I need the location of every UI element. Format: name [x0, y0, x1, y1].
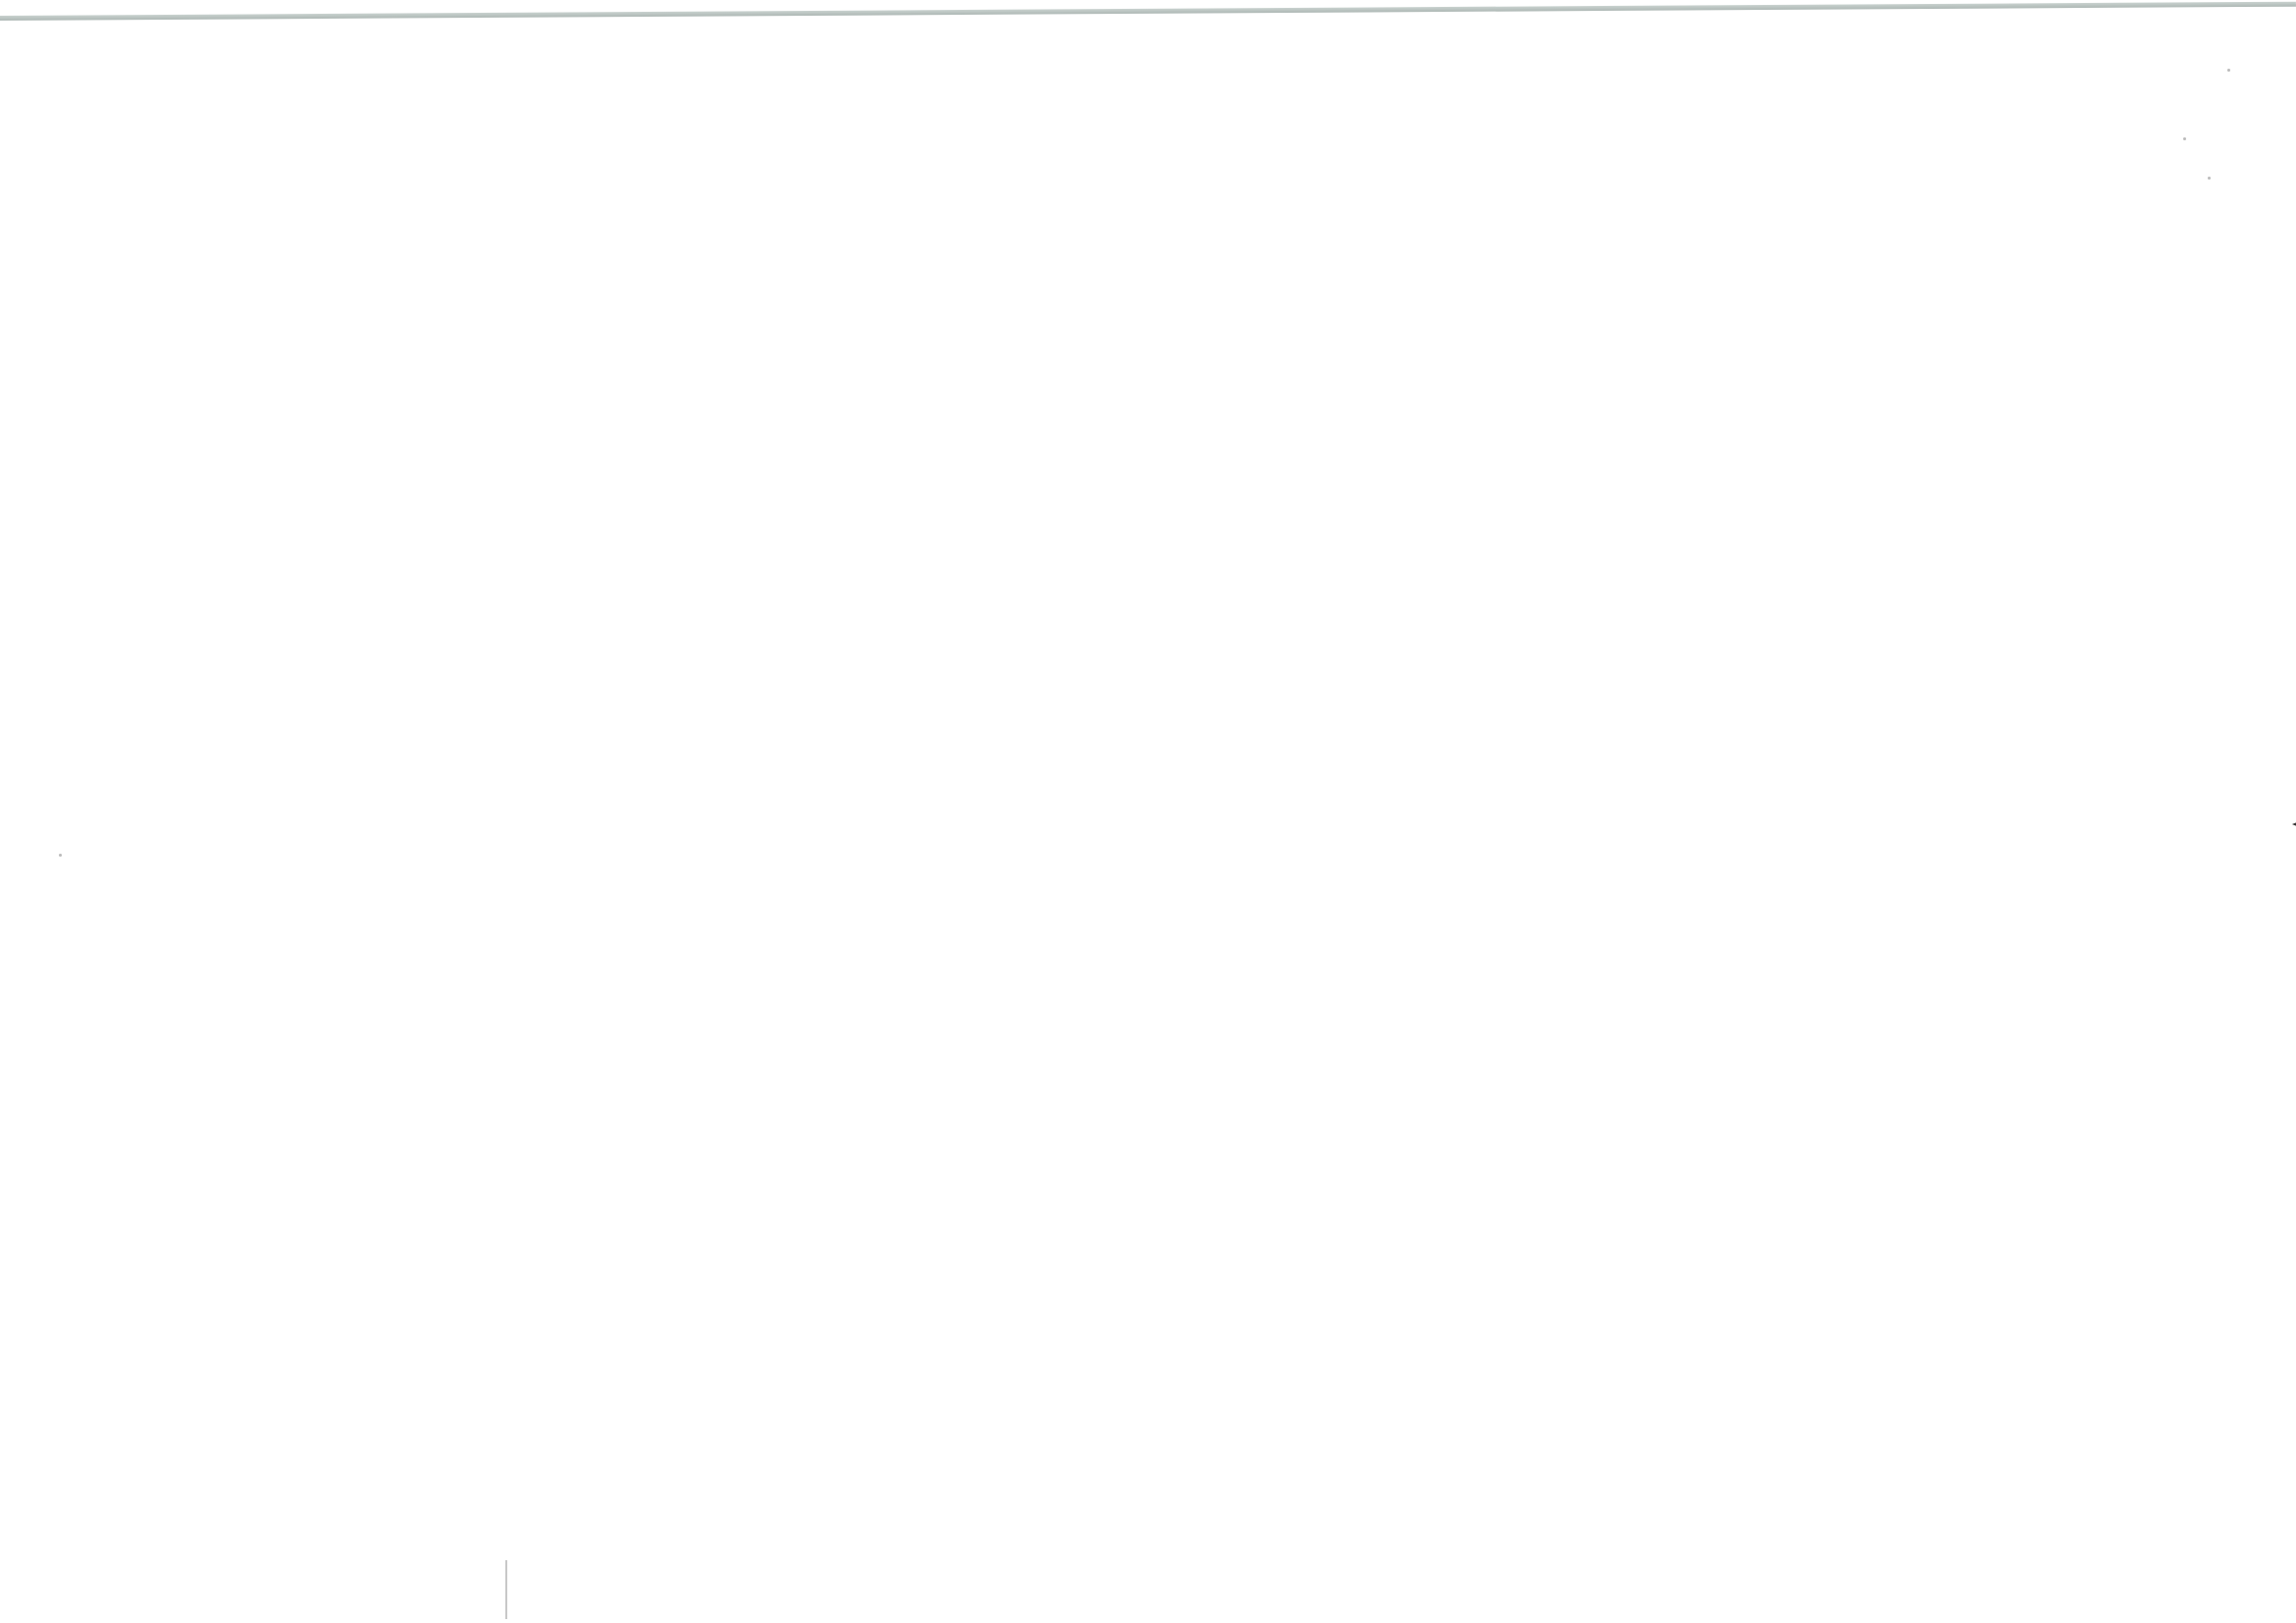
- scan-edge-shadow: [0, 2, 2296, 21]
- scan-speck: [2227, 69, 2230, 72]
- garuda-emblem-icon: [2286, 736, 2296, 913]
- announcement-page: ประกาศเทศบาลเมืองบ้านเป็ด เรื่อง ประกาศผ…: [2247, 118, 2296, 1590]
- scan-speck: [2208, 177, 2211, 180]
- scan-mark: [505, 1560, 507, 1619]
- scan-speck: [59, 854, 62, 857]
- scan-speck: [2183, 137, 2186, 140]
